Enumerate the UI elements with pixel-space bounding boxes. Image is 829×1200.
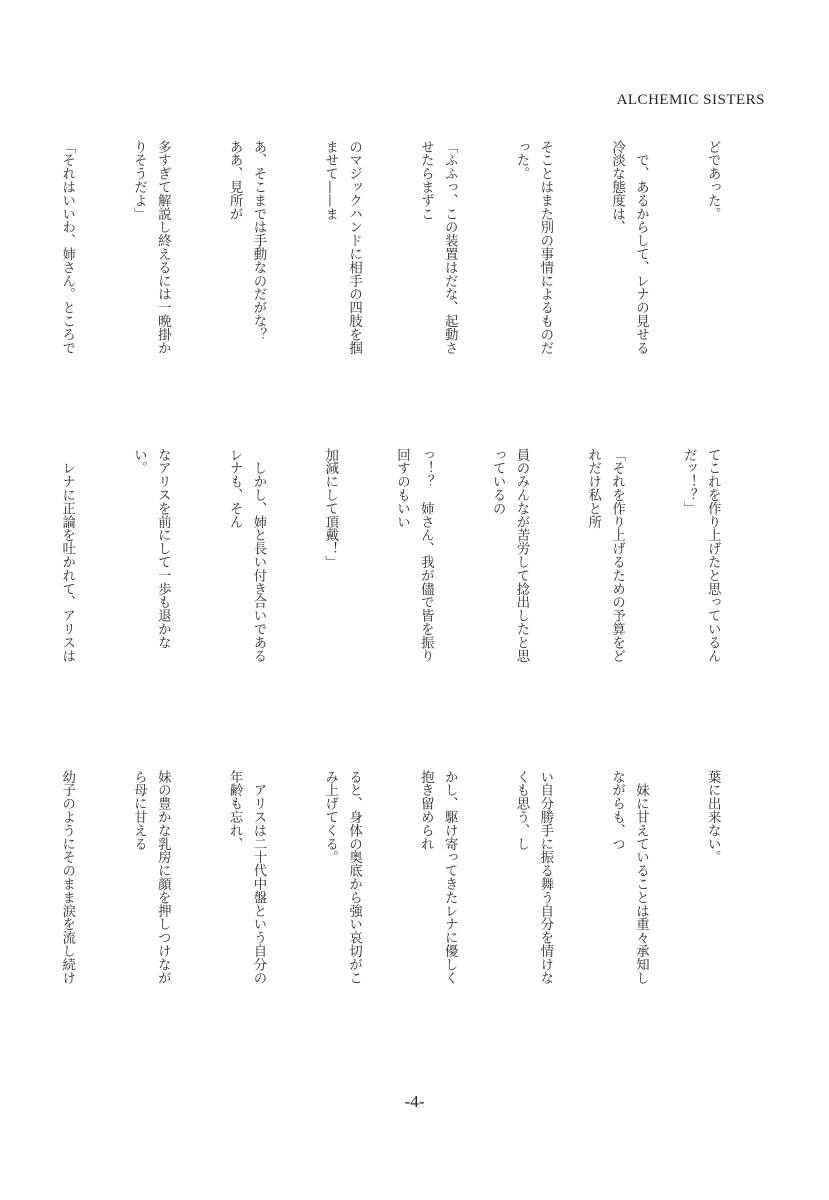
text-column: 葉に出来ない。 [700,770,724,992]
text-column: 「それを作り上げるための予算をどれだけ私と所 [581,448,629,670]
text-column: 妹に甘えていることは重々承知しながらも、つ [605,770,653,992]
page-number: -4- [0,1092,829,1112]
text-column: しかし、姉と長い付き合いであるレナも、そん [222,448,270,670]
text-column: ると、身体の奥底から強い哀切がこみ上げてくる。 [318,770,366,992]
text-column: 多すぎて解説し終えるには一晩掛かりそうだよ」 [127,140,175,362]
text-column: アリスは二十代中盤という自分の年齢も忘れ、 [222,770,270,992]
text-column: そことはまた別の事情によるものだった。 [509,140,557,362]
text-column: 員のみんなが苦労して捻出したと思っているの [485,448,533,670]
text-column: で、あるからして、レナの見せる冷淡な態度は、 [605,140,653,362]
text-column: い自分勝手に振る舞う自分を情けなくも思う、し [509,770,557,992]
text-column: なアリスを前にして一歩も退かない。 [127,448,175,670]
text-column: のマジックハンドに相手の四肢を掴ませて——ま [318,140,366,362]
text-band-middle: てこれを作り上げたと思っているんだッ！？」 「それを作り上げるための予算をどれだ… [60,448,772,670]
running-header-title: ALCHEMIC SISTERS [617,92,765,109]
text-column: かし、駆け寄ってきたレナに優しく抱き留められ [413,770,461,992]
text-band-bottom: 葉に出来ない。 妹に甘えていることは重々承知しながらも、つ い自分勝手に振る舞う… [60,770,772,992]
text-column: っ！？ 姉さん、我が儘で皆を振り回すのもいい [390,448,438,670]
text-band-top: どであった。 で、あるからして、レナの見せる冷淡な態度は、 そことはまた別の事情… [60,140,772,362]
text-column: 妹の豊かな乳房に顔を押しつけながら母に甘える [127,770,175,992]
text-column: 加減にして頂戴！」 [318,448,342,670]
text-column: 幼子のようにそのまま涙を流し続けてしまう。 [60,770,79,992]
text-column: てこれを作り上げたと思っているんだッ！？」 [676,448,724,670]
text-column: あ、そこまでは手動なのだがな？ ああ、見所が [222,140,270,362]
text-column: 「ふふっ、この装置はだな、起動させたらまずこ [413,140,461,362]
text-column: どであった。 [700,140,724,362]
text-column: レナに正論を吐かれて、アリスは思わず勢いを [60,448,79,670]
text-column: 「それはいいわ、姉さん。ところでこの装置、売 [60,140,79,362]
